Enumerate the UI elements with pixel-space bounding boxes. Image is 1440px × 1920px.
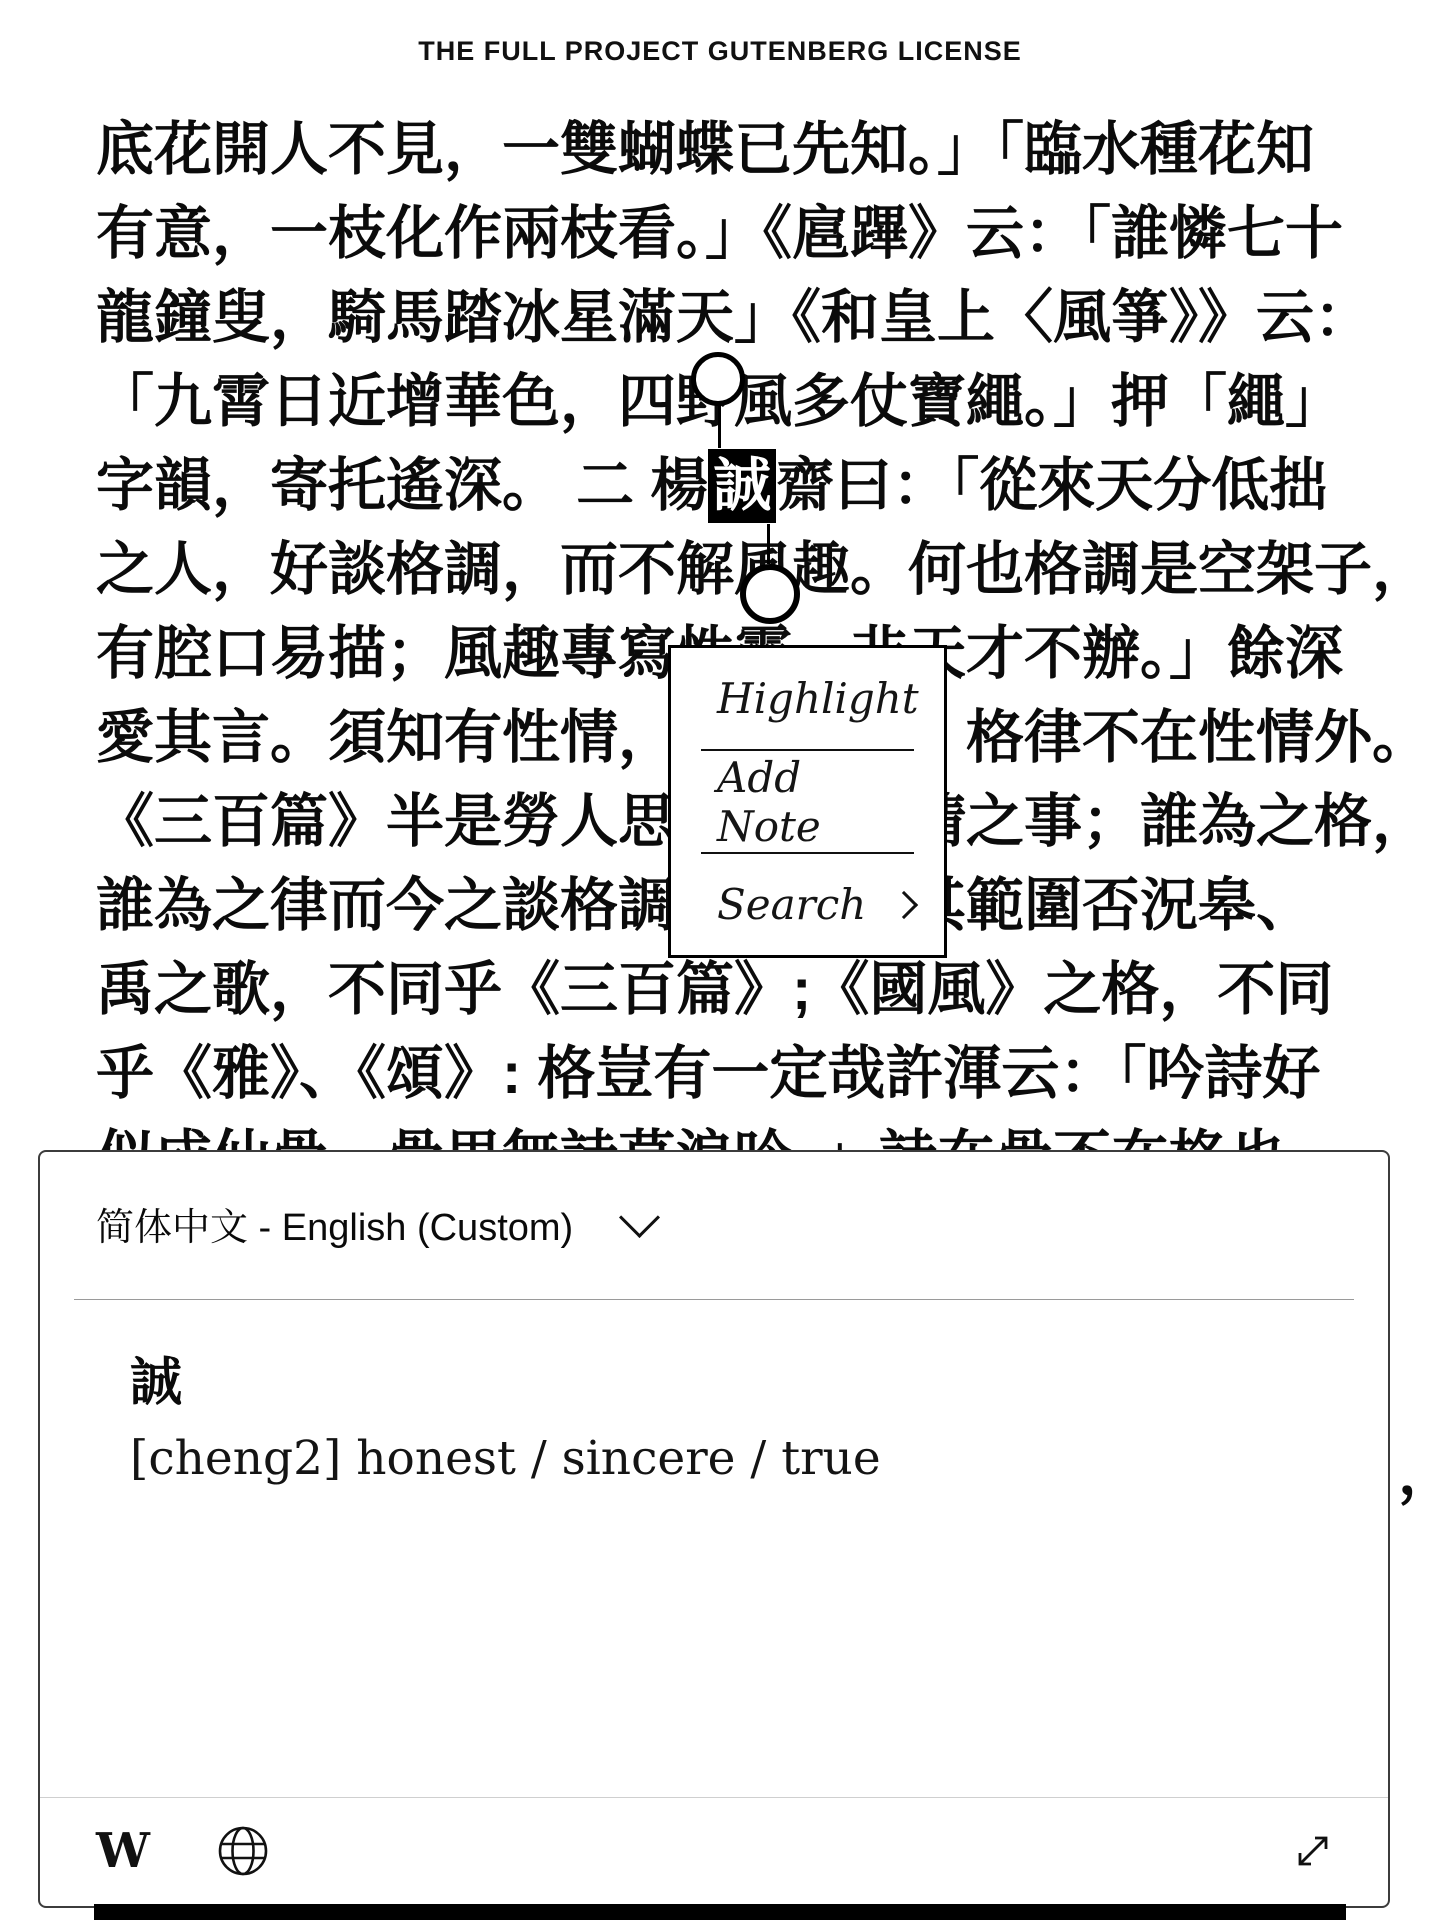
- dictionary-definition: [cheng2] honest / sincere / true: [130, 1431, 1352, 1486]
- selection-handle-start[interactable]: [691, 352, 745, 406]
- text-line: 乎《雅》、《頌》: 格豈有一定哉許渾云：「吟詩好: [96, 1032, 1426, 1116]
- selection-wrap: 誠: [708, 444, 776, 528]
- text-post-selection: 齋曰：「從來天分低拙: [776, 453, 1327, 518]
- dictionary-selector[interactable]: 简体中文 - English (Custom): [96, 1196, 1352, 1251]
- expand-icon[interactable]: [1290, 1828, 1336, 1874]
- dictionary-selector-label: 简体中文 - English (Custom): [96, 1196, 573, 1251]
- menu-item-add-note[interactable]: Add Note: [671, 751, 944, 852]
- menu-item-label: Highlight: [717, 674, 919, 723]
- menu-item-label: Search: [717, 880, 866, 929]
- chevron-down-icon: [619, 1197, 660, 1238]
- dictionary-divider: [74, 1299, 1354, 1300]
- gesture-bar[interactable]: [94, 1904, 1346, 1920]
- dictionary-headword: 誠: [130, 1340, 1352, 1415]
- dictionary-entry: 誠 [cheng2] honest / sincere / true: [130, 1340, 1352, 1486]
- translate-globe-icon[interactable]: [216, 1824, 270, 1878]
- page-header-title: THE FULL PROJECT GUTENBERG LICENSE: [0, 36, 1440, 67]
- text-line: 「九霄日近增華色，四野風多仗寶繩。」押「繩」: [96, 360, 1426, 444]
- chevron-right-icon: [890, 890, 918, 918]
- text-pre-selection: 字韻，寄托遙深。 二 楊: [96, 453, 708, 518]
- menu-item-search[interactable]: Search: [671, 854, 944, 955]
- wikipedia-icon[interactable]: W: [96, 1827, 150, 1875]
- text-line: 有意，一枝化作兩枝看。」《扈蹕》云：「誰憐七十: [96, 192, 1426, 276]
- text-line: 龍鐘叟，騎馬踏冰星滿天」《和皇上〈風箏》》云：: [96, 276, 1426, 360]
- menu-item-highlight[interactable]: Highlight: [671, 648, 944, 749]
- text-line: 禹之歌，不同乎《三百篇》;《國風》之格，不同: [96, 948, 1426, 1032]
- menu-item-label: Add Note: [717, 753, 914, 851]
- selected-word[interactable]: 誠: [708, 449, 776, 523]
- dictionary-panel: 简体中文 - English (Custom) 誠 [cheng2] hones…: [38, 1150, 1390, 1908]
- context-menu: Highlight Add Note Search: [668, 645, 947, 958]
- text-line-with-selection: 字韻，寄托遙深。 二 楊誠齋曰：「從來天分低拙: [96, 444, 1426, 528]
- ereader-screen: THE FULL PROJECT GUTENBERG LICENSE 底花開人不…: [0, 0, 1440, 1920]
- text-fragment-overflow: ，: [1398, 1445, 1440, 1503]
- dictionary-footer: W: [40, 1797, 1388, 1892]
- text-line: 底花開人不見，一雙蝴蝶已先知。」「臨水種花知: [96, 108, 1426, 192]
- selection-handle-end-stem[interactable]: [767, 524, 770, 564]
- selection-handle-end[interactable]: [740, 564, 800, 624]
- selection-handle-start-stem[interactable]: [718, 404, 721, 448]
